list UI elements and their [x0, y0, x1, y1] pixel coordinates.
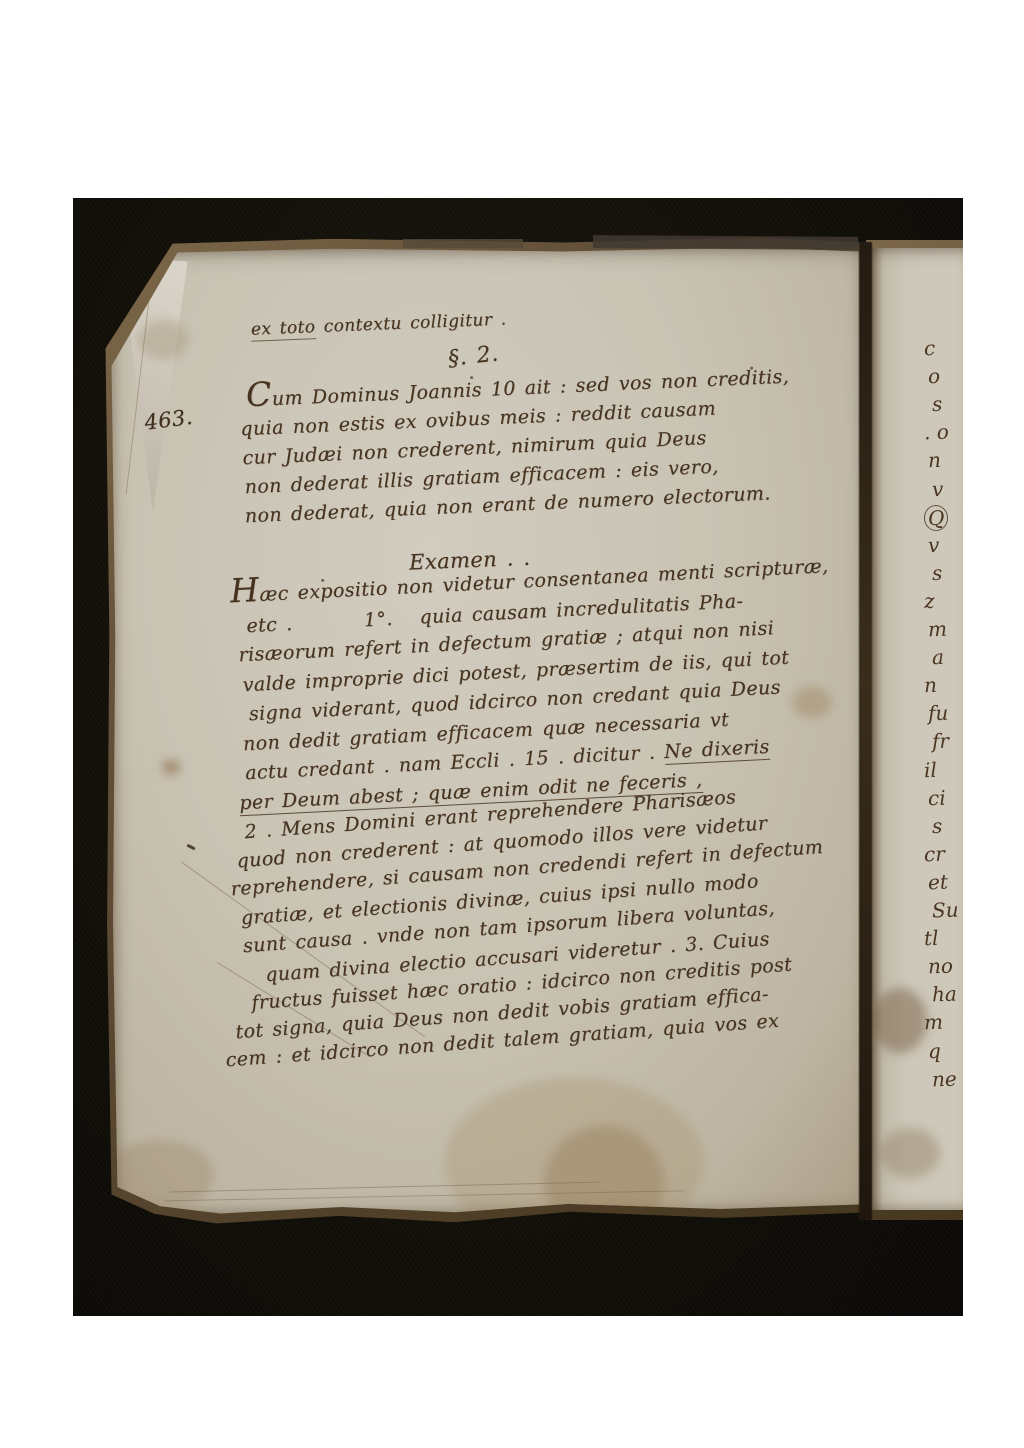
- facing-page-fragment: no: [928, 954, 954, 979]
- facing-page-fragment: o: [928, 364, 941, 388]
- top-edge-debris: [403, 239, 523, 248]
- section-mark: §. 2.: [447, 341, 500, 371]
- torn-corner-flap: [109, 249, 205, 519]
- facing-page-fragment: fu: [928, 701, 949, 726]
- facing-page-fragment: v: [928, 532, 940, 556]
- margin-page-number: 463.: [143, 405, 194, 435]
- facing-page-fragment: fr: [932, 729, 950, 754]
- facing-page: cos. onvQvszmanfufrilciscretSutlnohamqne: [870, 248, 963, 1210]
- header-rest: contextu colligitur .: [315, 309, 507, 337]
- facing-page-fragment: Su: [932, 898, 959, 923]
- header-line: ex toto contextu colligitur .: [251, 309, 507, 339]
- facing-page-fragment: a: [932, 645, 945, 669]
- facing-page-fragment: cr: [924, 841, 946, 866]
- stain-left-edge: [162, 760, 180, 775]
- stain-mid-right: [792, 686, 832, 718]
- facing-page-fragment: c: [924, 336, 936, 360]
- facing-page-fragment: ne: [932, 1066, 958, 1091]
- top-edge-debris: [593, 235, 858, 250]
- underlined-passage: Ne dixeris: [664, 736, 771, 765]
- facing-page-fragment: n: [924, 673, 938, 697]
- facing-page-fragment: z: [924, 589, 935, 613]
- photo-backdrop: ex toto contextu colligitur . §. 2. 463.…: [73, 198, 963, 1316]
- facing-page-fragment: m: [928, 617, 948, 642]
- screenshot-canvas: ex toto contextu colligitur . §. 2. 463.…: [0, 0, 1024, 1448]
- initial-letter: C: [245, 374, 272, 414]
- facing-page-fragment: ci: [928, 785, 946, 810]
- stain-facing-lower: [880, 1128, 940, 1178]
- facing-page-fragment: n: [928, 448, 942, 472]
- facing-page-fragment: s: [932, 392, 943, 416]
- facing-page-fragment: et: [928, 870, 949, 895]
- facing-page-fragment: tl: [924, 926, 939, 950]
- stain-corner-tear: [138, 320, 188, 360]
- header-underlined-words: ex toto: [251, 317, 316, 342]
- facing-page-fragment: ha: [932, 982, 958, 1007]
- facing-page-fragment: q: [928, 1038, 942, 1062]
- facing-page-fragment: il: [924, 757, 938, 781]
- facing-page-fragment: m: [924, 1010, 944, 1035]
- facing-page-fragment: s: [932, 561, 943, 585]
- margin-mark: [186, 844, 195, 851]
- stain-facing-bottom: [872, 988, 927, 1053]
- facing-page-fragment: . o: [924, 420, 950, 445]
- facing-page-fragment: s: [932, 814, 943, 838]
- facing-page-fragment: v: [932, 476, 944, 500]
- initial-letter: H: [229, 570, 260, 610]
- manuscript-page: ex toto contextu colligitur . §. 2. 463.…: [109, 246, 871, 1216]
- facing-page-fragment: Q: [924, 504, 949, 531]
- gutter-shadow: [859, 242, 872, 1220]
